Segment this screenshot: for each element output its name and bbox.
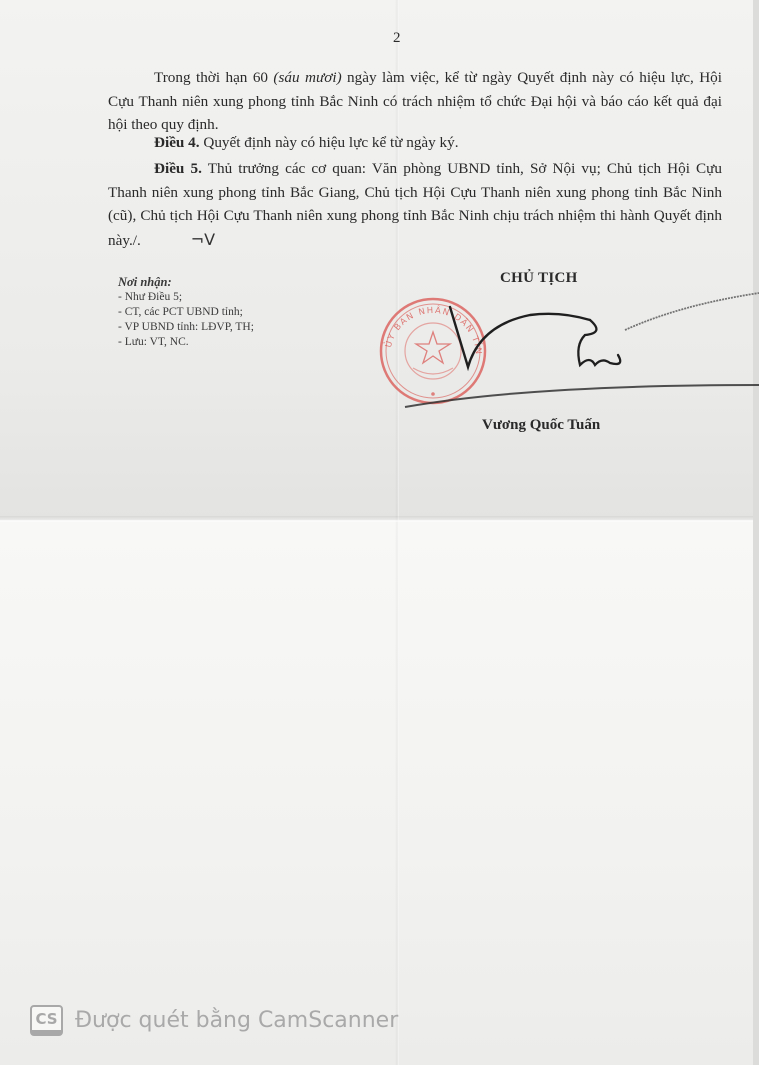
article-4: Điều 4. Quyết định này có hiệu lực kể từ… — [108, 131, 722, 155]
paragraph-deadline-prefix: Trong thời hạn 60 — [154, 69, 273, 86]
article-4-text: Quyết định này có hiệu lực kể từ ngày ký… — [200, 134, 459, 151]
paragraph-deadline: Trong thời hạn 60 (sáu mươi) ngày làm vi… — [108, 66, 722, 137]
camscanner-watermark: CS Được quét bằng CamScanner — [30, 1005, 398, 1036]
article-5-label: Điều 5. — [154, 160, 202, 177]
recipients-heading: Nơi nhận: — [118, 275, 254, 290]
recipient-item: - CT, các PCT UBND tỉnh; — [118, 305, 254, 320]
recipient-item: - Lưu: VT, NC. — [118, 335, 254, 350]
recipient-item: - Như Điều 5; — [118, 290, 254, 305]
recipients-block: Nơi nhận: - Như Điều 5; - CT, các PCT UB… — [118, 275, 254, 350]
initial-mark-icon: ¬V — [145, 228, 215, 252]
paper-edge — [753, 0, 759, 1065]
recipient-item: - VP UBND tỉnh: LĐVP, TH; — [118, 320, 254, 335]
page-number: 2 — [393, 30, 401, 47]
article-4-label: Điều 4. — [154, 134, 200, 151]
horizontal-fold-crease — [0, 516, 759, 522]
paper-bottom-half — [0, 520, 759, 1065]
handwritten-signature — [380, 285, 759, 435]
article-5: Điều 5. Thủ trưởng các cơ quan: Văn phòn… — [108, 157, 722, 252]
camscanner-logo-icon: CS — [30, 1005, 63, 1036]
signer-name: Vương Quốc Tuấn — [482, 417, 600, 434]
watermark-text: Được quét bằng CamScanner — [75, 1008, 398, 1033]
paragraph-deadline-italic: (sáu mươi) — [273, 69, 341, 86]
